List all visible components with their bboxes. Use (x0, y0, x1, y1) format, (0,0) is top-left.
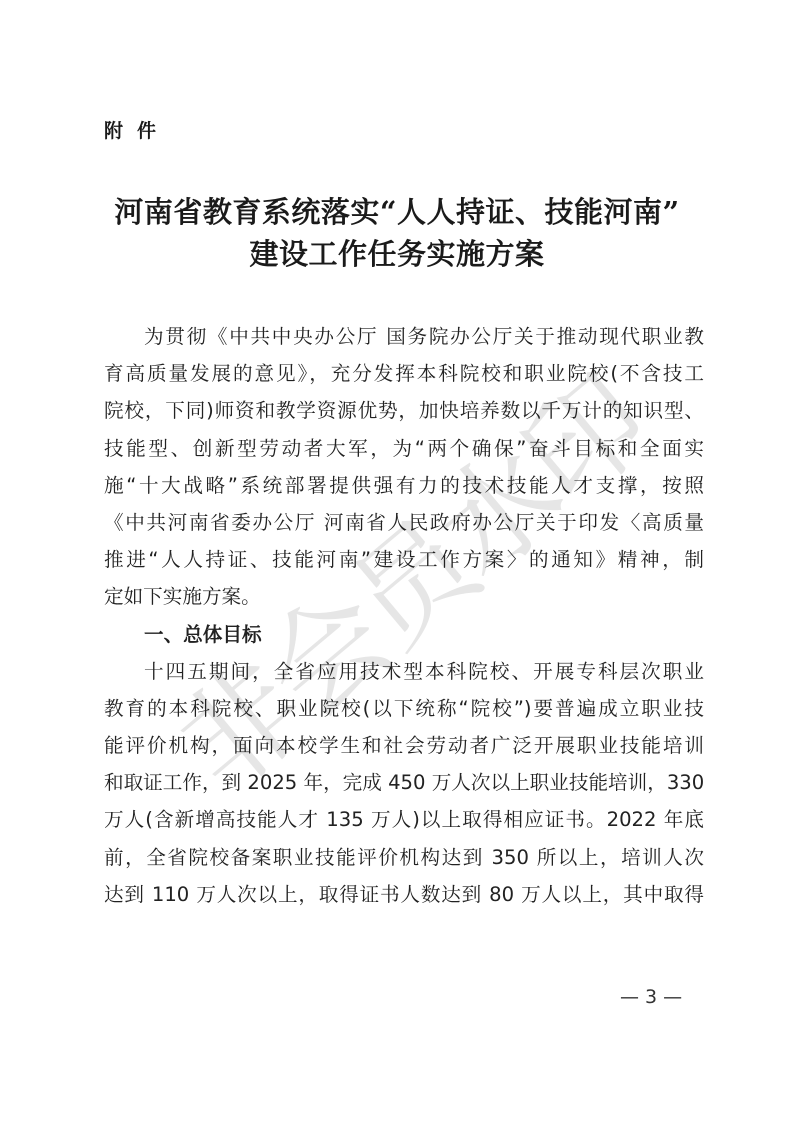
attachment-label: 附件 (104, 116, 170, 143)
section-line: 和取证工作，到 2025 年，完成 450 万人次以上职业技能培训，330 (104, 764, 704, 801)
intro-line: 育高质量发展的意见》，充分发挥本科院校和职业院校(不含技工 (104, 355, 704, 392)
intro-line: 定如下实施方案。 (104, 578, 704, 615)
intro-line: 技能型、创新型劳动者大军，为“两个确保”奋斗目标和全面实 (104, 430, 704, 467)
section-line: 能评价机构，面向本校学生和社会劳动者广泛开展职业技能培训 (104, 727, 704, 764)
section-heading: 一、总体目标 (104, 616, 704, 653)
intro-line: 院校，下同)师资和教学资源优势，加快培养数以千万计的知识型、 (104, 392, 704, 429)
section-line: 前，全省院校备案职业技能评价机构达到 350 所以上，培训人次 (104, 839, 704, 876)
intro-line: 为贯彻《中共中央办公厅 国务院办公厅关于推动现代职业教 (104, 318, 704, 355)
section-line: 教育的本科院校、职业院校(以下统称“院校”)要普遍成立职业技 (104, 690, 704, 727)
intro-line: 施“十大战略”系统部署提供强有力的技术技能人才支撑，按照 (104, 467, 704, 504)
section-line: 万人(含新增高技能人才 135 万人)以上取得相应证书。2022 年底 (104, 801, 704, 838)
intro-line: 《中共河南省委办公厅 河南省人民政府办公厅关于印发〈高质量 (104, 504, 704, 541)
document-title-line-2: 建设工作任务实施方案 (60, 232, 734, 273)
document-page: 非会员水印 附件 河南省教育系统落实“人人持证、技能河南” 建设工作任务实施方案… (0, 0, 794, 1123)
page-number: — 3 — (620, 986, 682, 1008)
document-body: 为贯彻《中共中央办公厅 国务院办公厅关于推动现代职业教 育高质量发展的意见》，充… (104, 318, 704, 913)
section-line: 十四五期间，全省应用技术型本科院校、开展专科层次职业 (104, 653, 704, 690)
document-title-line-1: 河南省教育系统落实“人人持证、技能河南” (60, 190, 734, 231)
intro-line: 推进“人人持证、技能河南”建设工作方案〉的通知》精神，制 (104, 541, 704, 578)
section-line: 达到 110 万人次以上，取得证书人数达到 80 万人以上，其中取得 (104, 876, 704, 913)
